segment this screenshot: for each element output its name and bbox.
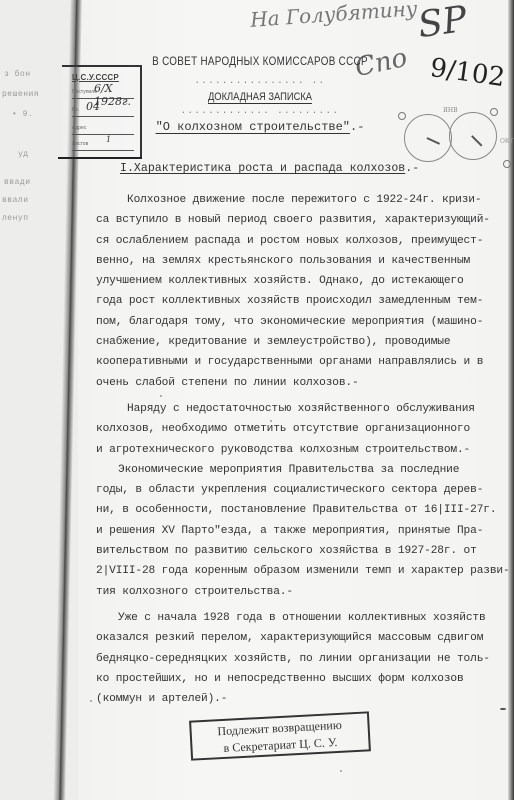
date-stamp-dial (449, 112, 497, 160)
date-stamp-dial (404, 114, 452, 162)
handwritten-top-note: На Голубятину (249, 0, 418, 32)
dotted-line: ............. ......... (80, 106, 440, 116)
return-stamp: Подлежит возвращению в Секретариат Ц. С.… (189, 711, 371, 760)
text-line: (коммун и артелей).- (96, 689, 514, 709)
left-fragment: решения (2, 90, 39, 99)
text-line: Уже с начала 1928 года в отношении колле… (96, 608, 514, 628)
section-heading: I.Характеристика роста и распада колхозо… (120, 162, 419, 175)
text-line: улучшением коллективных хозяйств. Однако… (96, 271, 514, 291)
paragraph-4: Уже с начала 1928 года в отношении колле… (96, 608, 514, 709)
text-line: Колхозное движение после пережитого с 19… (96, 190, 514, 210)
paper-speck (270, 420, 272, 422)
text-line: Экономические мероприятия Правительства … (96, 460, 514, 480)
document-subject-text: "О колхозном строительстве" (156, 120, 350, 134)
punch-hole (503, 160, 511, 168)
paragraph-1: Колхозное движение после пережитого с 19… (96, 190, 514, 393)
text-line: и решения XV Парто"езда, а также меропри… (96, 521, 514, 541)
section-number: I. (120, 162, 134, 175)
document-page: з бон решения • 9. уд ввади ввали ленуп … (0, 0, 514, 800)
left-fragment: ленуп (2, 214, 29, 223)
text-line: очень слабой степени по линии колхозов.- (96, 373, 514, 393)
text-line: года рост коллективных хозяйств происход… (96, 291, 514, 311)
text-line: пом, благодаря тому, что экономические м… (96, 312, 514, 332)
text-line: вительством по развитию сельского хозяйс… (96, 541, 514, 561)
paragraph-3: Экономические мероприятия Правительства … (96, 460, 514, 602)
document-body: Колхозное движение после пережитого с 19… (96, 190, 514, 709)
text-line: и агротехнического руководства колхозным… (96, 440, 514, 460)
paper-speck (340, 770, 342, 772)
text-line: бедняцко-середняцких хозяйств, по линии … (96, 649, 514, 669)
document-addressee: В СОВЕТ НАРОДНЫХ КОМИССАРОВ СССР (112, 54, 407, 68)
paragraph-2: Наряду с недостаточностью хозяйственного… (96, 399, 514, 460)
text-line: са вступило в новый период своего развит… (96, 210, 514, 230)
text-line: ся ослаблением распада и ростом новых ко… (96, 231, 514, 251)
left-fragment: ввали (2, 196, 29, 205)
stamp-sheets-value: 1 (106, 135, 111, 144)
section-title: Характеристика роста и распада колхозов (134, 162, 405, 175)
left-fragment: з бон (4, 70, 31, 79)
dial-hand (471, 135, 482, 146)
text-line: 2|VIII-28 года коренным образом изменили… (96, 561, 514, 581)
text-line: ко простейших, но и непосредственно высш… (96, 669, 514, 689)
punch-hole (398, 112, 406, 120)
text-line: тия колхозного строительства.- (96, 582, 514, 602)
date-stamp-side-label: ОКТ (500, 138, 514, 145)
text-line: кооперативными и государственными органа… (96, 352, 514, 372)
text-line: Наряду с недостаточностью хозяйственного… (96, 399, 514, 419)
handwritten-signature: SP (415, 0, 469, 46)
left-fragment: • 9. (12, 110, 33, 119)
text-line: колхозов, необходимо отметить отсутствие… (96, 419, 514, 439)
paper-speck (500, 708, 506, 710)
handwritten-folio: 9/102 (428, 53, 506, 93)
date-stamp-label: ЯНВ (443, 107, 458, 114)
left-fragment: ввади (4, 178, 31, 187)
text-line: ни, в особенности, постановление Правите… (96, 500, 514, 520)
paper-speck (90, 700, 92, 702)
stamp-field-sheets: Листов (72, 139, 134, 151)
text-line: оказался резкий перелом, характеризующий… (96, 628, 514, 648)
text-line: годы, в области укрепления социалистичес… (96, 480, 514, 500)
punch-hole (490, 108, 498, 116)
text-line: снабжение, кредитование и землеустройств… (96, 332, 514, 352)
text-line: венно, на землях крестьянского пользован… (96, 251, 514, 271)
dial-hand (427, 137, 440, 144)
left-fragment: уд (18, 150, 29, 159)
document-type: ДОКЛАДНАЯ ЗАПИСКА (107, 91, 413, 103)
document-type-text: ДОКЛАДНАЯ ЗАПИСКА (208, 91, 312, 103)
document-subject: "О колхозном строительстве".- (80, 120, 440, 134)
dotted-line: ................ .. (80, 76, 440, 86)
stamp-divider (58, 157, 142, 159)
paper-speck (160, 395, 162, 397)
